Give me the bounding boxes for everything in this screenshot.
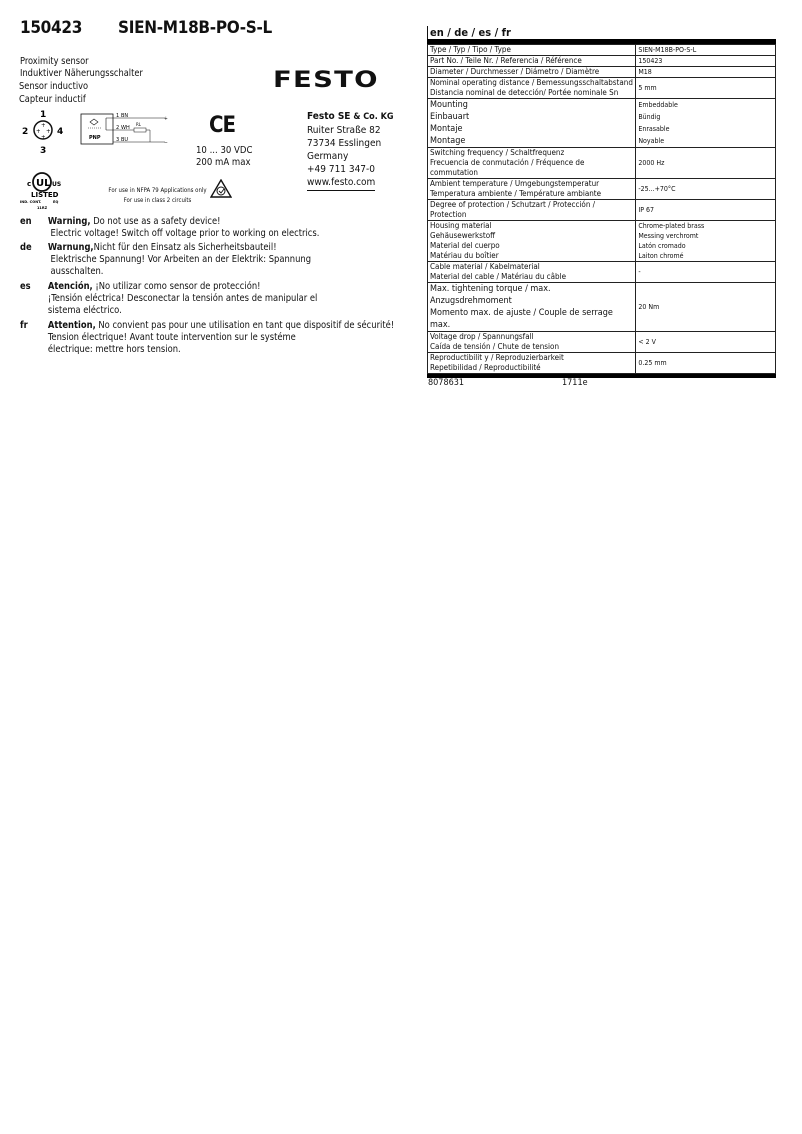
- row-label: Switching frequency / SchaltfrequenzFrec…: [428, 148, 636, 179]
- row-value: IP 67: [636, 200, 776, 221]
- table-row: Max. tightening torque / max. Anzugsdreh…: [428, 283, 776, 332]
- svg-text:4: 4: [57, 127, 63, 137]
- supply-current: 200 mA max: [196, 157, 252, 169]
- supply-voltage: 10 ... 30 VDC: [196, 145, 252, 157]
- company-address: Festo SE & Co. KG Ruiter Straße 82 73734…: [307, 110, 394, 191]
- svg-text:UL: UL: [36, 178, 51, 189]
- svg-text:+: +: [164, 116, 168, 122]
- warning-de: de Warnung,Nicht für den Einsatz als Sic…: [20, 242, 373, 278]
- row-value: SIEN-M18B-PO-S-L: [636, 45, 776, 56]
- rcm-mark-icon: [210, 179, 232, 199]
- table-row: Cable material / KabelmaterialMaterial d…: [428, 262, 776, 283]
- svg-text:c: c: [27, 180, 31, 188]
- company-name: Festo SE: [307, 111, 350, 122]
- svg-text:RL: RL: [136, 122, 142, 127]
- description-de: Induktiver Näherungsschalter: [20, 68, 143, 79]
- row-label: Housing materialGehäusewerkstoffMaterial…: [428, 221, 636, 262]
- warning-fr: fr Attention, No convient pas pour une u…: [20, 320, 373, 356]
- row-label: Nominal operating distance / Bemessungss…: [428, 78, 636, 99]
- table-row: Switching frequency / SchaltfrequenzFrec…: [428, 148, 776, 179]
- row-value: -25...+70°C: [636, 179, 776, 200]
- festo-logo: FESTO: [273, 68, 379, 93]
- supply-ratings: 10 ... 30 VDC 200 mA max: [196, 145, 252, 169]
- svg-text:11RZ: 11RZ: [37, 206, 48, 210]
- table-languages: en / de / es / fr: [427, 26, 776, 39]
- product-type: SIEN-M18B-PO-S-L: [118, 18, 272, 38]
- company-street: Ruiter Straße 82: [307, 124, 394, 137]
- svg-text:1: 1: [116, 113, 119, 119]
- table-row: Voltage drop / SpannungsfallCaída de ten…: [428, 332, 776, 353]
- description-es: Sensor inductivo: [19, 81, 88, 92]
- table-row: Degree of protection / Schutzart / Prote…: [428, 200, 776, 221]
- svg-text:2: 2: [116, 125, 119, 131]
- svg-text:EQ: EQ: [53, 200, 58, 204]
- warning-es: es Atención, ¡No utilizar como sensor de…: [20, 281, 373, 317]
- row-label: Reproductibilit y / ReproduzierbarkeitRe…: [428, 353, 636, 374]
- ul-listed-icon: UL c US LISTED IND. CONT. EQ 11RZ: [17, 170, 67, 212]
- row-label: Type / Typ / Tipo / Type: [428, 45, 636, 56]
- svg-text:IND. CONT.: IND. CONT.: [20, 200, 41, 204]
- svg-text:3: 3: [116, 137, 119, 143]
- svg-text:+: +: [41, 122, 46, 129]
- class2-note: For use in class 2 circuits: [95, 196, 220, 206]
- svg-text:BU: BU: [121, 137, 128, 143]
- row-label: Cable material / KabelmaterialMaterial d…: [428, 262, 636, 283]
- row-value: Chrome-plated brassMessing verchromtLató…: [636, 221, 776, 262]
- table-row: Part No. / Teile Nr. / Referencia / Réfé…: [428, 56, 776, 67]
- svg-text:2: 2: [22, 127, 28, 137]
- svg-text:PNP: PNP: [89, 135, 101, 141]
- table-footer: 8078631 1711e: [427, 378, 776, 390]
- row-value: M18: [636, 67, 776, 78]
- svg-text:1: 1: [40, 110, 46, 120]
- technical-data-table: en / de / es / fr Type / Typ / Tipo / Ty…: [427, 26, 776, 390]
- row-value: EmbeddableBündigEnrasableNoyable: [636, 99, 776, 148]
- row-value: 5 mm: [636, 78, 776, 99]
- row-value: 0.25 mm: [636, 353, 776, 374]
- nfpa-notes: For use in NFPA 79 Applications only For…: [95, 186, 220, 206]
- row-value: 150423: [636, 56, 776, 67]
- svg-text:3: 3: [40, 146, 46, 156]
- description-en: Proximity sensor: [20, 56, 89, 67]
- svg-text:US: US: [52, 181, 61, 188]
- row-value: 2000 Hz: [636, 148, 776, 179]
- row-label: Part No. / Teile Nr. / Referencia / Réfé…: [428, 56, 636, 67]
- table-row: Housing materialGehäusewerkstoffMaterial…: [428, 221, 776, 262]
- svg-text:+: +: [46, 128, 51, 135]
- row-value: < 2 V: [636, 332, 776, 353]
- table-row: Type / Typ / Tipo / TypeSIEN-M18B-PO-S-L: [428, 45, 776, 56]
- table-row: MountingEinbauartMontajeMontageEmbeddabl…: [428, 99, 776, 148]
- warning-en: en Warning, Do not use as a safety devic…: [20, 216, 373, 240]
- description-fr: Capteur inductif: [19, 94, 86, 105]
- connector-pinout-icon: 1 2 3 4 ++ ++: [18, 108, 70, 156]
- svg-text:LISTED: LISTED: [31, 191, 59, 199]
- row-value: -: [636, 262, 776, 283]
- company-city: 73734 Esslingen: [307, 137, 394, 150]
- company-country: Germany: [307, 150, 394, 163]
- ce-mark-icon: CE: [209, 113, 235, 138]
- document-number: 8078631: [428, 378, 464, 388]
- row-label: Degree of protection / Schutzart / Prote…: [428, 200, 636, 221]
- row-label: Ambient temperature / Umgebungstemperatu…: [428, 179, 636, 200]
- part-number: 150423: [20, 18, 82, 38]
- svg-text:+: +: [36, 128, 41, 135]
- svg-text:−: −: [164, 140, 168, 146]
- table-row: Ambient temperature / Umgebungstemperatu…: [428, 179, 776, 200]
- row-value: 20 Nm: [636, 283, 776, 332]
- row-label: Diameter / Durchmesser / Diámetro / Diam…: [428, 67, 636, 78]
- row-label: Max. tightening torque / max. Anzugsdreh…: [428, 283, 636, 332]
- table-row: Nominal operating distance / Bemessungss…: [428, 78, 776, 99]
- company-suffix: & Co. KG: [353, 112, 393, 122]
- table-row: Diameter / Durchmesser / Diámetro / Diam…: [428, 67, 776, 78]
- row-label: Voltage drop / SpannungsfallCaída de ten…: [428, 332, 636, 353]
- company-phone: +49 711 347-0: [307, 163, 394, 176]
- svg-text:+: +: [41, 134, 46, 141]
- wiring-diagram-icon: PNP 1 BN 2 WH RL 3 BU + −: [80, 112, 170, 152]
- document-version: 1711e: [562, 378, 588, 388]
- svg-text:WH: WH: [121, 125, 130, 131]
- svg-text:BN: BN: [121, 113, 128, 119]
- nfpa-note: For use in NFPA 79 Applications only: [95, 186, 220, 196]
- company-website-link[interactable]: www.festo.com: [307, 176, 375, 191]
- row-label: MountingEinbauartMontajeMontage: [428, 99, 636, 148]
- table-row: Reproductibilit y / ReproduzierbarkeitRe…: [428, 353, 776, 374]
